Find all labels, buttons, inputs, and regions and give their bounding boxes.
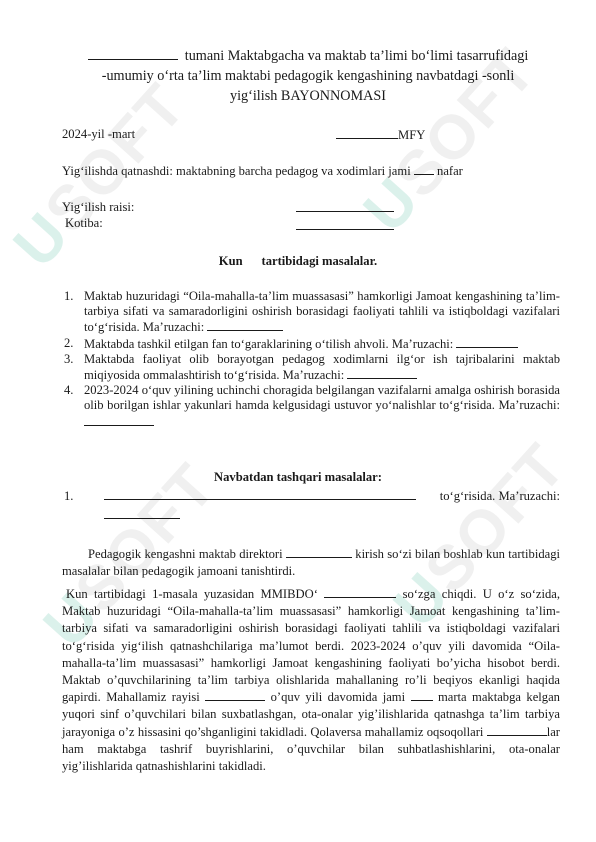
speaker-blank [324, 586, 396, 598]
agenda-item: 2.Maktabda tashkil etilgan fan to‘garakl… [84, 336, 560, 352]
chairman-blank [205, 689, 265, 701]
participants-label: Yig‘ilishda qatnashdi: maktabning barcha… [62, 164, 411, 178]
extra-heading: Navbatdan tashqari masalalar: [0, 470, 596, 485]
mfy-field: MFY [336, 127, 425, 143]
topic-blank [104, 488, 416, 500]
p2-text-b: so‘zga chiqdi. U o‘z so‘zida, Maktab huz… [62, 587, 560, 704]
agenda-item: 1.Maktab huzuridagi “Oila-mahalla-ta’lim… [84, 289, 560, 336]
paragraph-opening: Pedagogik kengashni maktab direktori kir… [62, 546, 560, 580]
speaker-blank [104, 507, 180, 519]
extra-item-number: 1. [64, 488, 73, 505]
title-line-2: -umumiy o‘rta ta’lim maktabi pedagogik k… [56, 66, 560, 86]
agenda-item: 4.2023-2024 o‘quv yilining uchinchi chor… [84, 383, 560, 430]
agenda-list: 1.Maktab huzuridagi “Oila-mahalla-ta’lim… [84, 289, 560, 430]
mfy-label: MFY [398, 128, 425, 142]
elders-blank [487, 724, 547, 736]
title-line-3: yig‘ilish BAYONNOMASI [56, 86, 560, 106]
secretary-label: Kotiba: [65, 216, 103, 231]
agenda-heading-b: tartibidagi masalalar. [262, 254, 378, 268]
p2-text-c: o’quv yili davomida jami [271, 690, 405, 704]
participants-unit: nafar [437, 164, 463, 178]
paragraph-item-1: Kun tartibidagi 1-masala yuzasidan MMIBD… [62, 586, 560, 775]
agenda-item: 3.Maktabda faoliyat olib borayotgan peda… [84, 352, 560, 383]
agenda-item-number: 2. [64, 336, 73, 351]
p2-text-a: Kun tartibidagi 1-masala yuzasidan MMIBD… [66, 587, 318, 601]
director-blank [286, 546, 352, 558]
district-blank [88, 48, 178, 60]
visit-count-blank [411, 689, 433, 701]
mfy-blank [336, 127, 398, 139]
agenda-item-text: Maktabda tashkil etilgan fan to‘garaklar… [84, 337, 453, 351]
speaker-blank [456, 336, 518, 348]
agenda-heading: Kun tartibidagi masalalar. [0, 254, 596, 269]
speaker-blank [84, 414, 154, 426]
participants-count-blank [414, 163, 434, 175]
agenda-item-text: Maktabda faoliyat olib borayotgan pedago… [84, 352, 560, 382]
meeting-date: 2024-yil -mart [62, 127, 135, 142]
extra-item: 1. to‘g‘risida. Ma’ruzachi: [84, 488, 560, 524]
agenda-item-number: 1. [64, 289, 73, 304]
extra-item-text: to‘g‘risida. Ma’ruzachi: [440, 488, 560, 505]
agenda-item-text: 2023-2024 o‘quv yilining uchinchi chorag… [84, 383, 560, 412]
secretary-signature-blank [296, 218, 394, 234]
agenda-heading-a: Kun [219, 254, 243, 268]
agenda-item-text: Maktab huzuridagi “Oila-mahalla-ta’lim m… [84, 289, 560, 334]
agenda-item-number: 3. [64, 352, 73, 367]
participants-line: Yig‘ilishda qatnashdi: maktabning barcha… [62, 163, 463, 179]
title-line-1: tumani Maktabgacha va maktab ta’limi bo‘… [185, 48, 529, 64]
document-title: tumani Maktabgacha va maktab ta’limi bo‘… [56, 46, 560, 106]
p1-text-a: Pedagogik kengashni maktab direktori [88, 547, 283, 561]
speaker-blank [347, 367, 417, 379]
speaker-blank [207, 319, 283, 331]
chair-label: Yig‘ilish raisi: [62, 200, 134, 215]
agenda-item-number: 4. [64, 383, 73, 398]
chair-signature-blank [296, 200, 394, 216]
